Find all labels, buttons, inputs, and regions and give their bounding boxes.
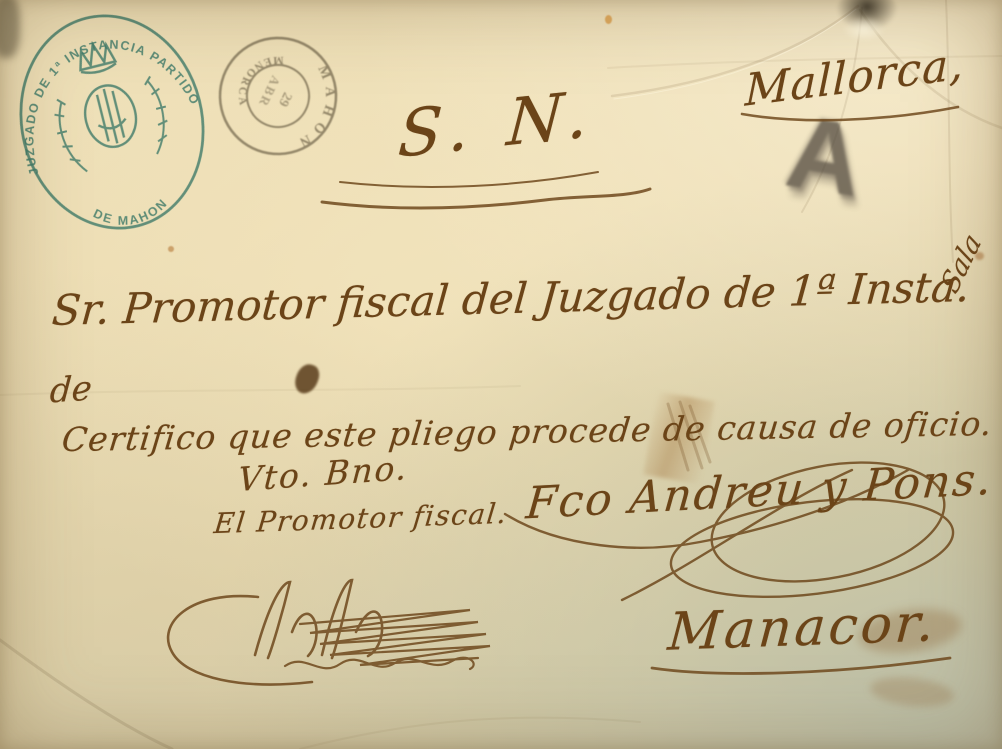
seal-legend-bottom: DE MAHON — [88, 189, 173, 237]
datestamp-day: 29 — [275, 90, 295, 109]
foxing-dot — [168, 246, 174, 252]
paper-tear — [836, 0, 898, 32]
signature-name: Fco Andreu y Pons. — [524, 454, 995, 530]
destination-annotation: Manacor. — [666, 593, 939, 663]
foxing-dot — [605, 15, 612, 24]
sn-franchise-mark: S. N. — [396, 77, 600, 173]
address-continuation: de — [49, 368, 94, 411]
datestamp-town: MAHON — [279, 59, 354, 160]
rubric-flourish — [168, 580, 490, 684]
certification-line: Certifico que este pliego procede de cau… — [60, 404, 994, 459]
svg-text:DE MAHON: DE MAHON — [88, 189, 173, 237]
address-line: Sr. Promotor fiscal del Juzgado de 1ª In… — [50, 262, 971, 335]
svg-text:MAHON: MAHON — [279, 59, 354, 160]
a-handstamp: A — [779, 93, 870, 220]
ink-smear-bottom-right — [869, 674, 955, 711]
ink-blot — [292, 361, 322, 396]
postal-cover-scan: JUZGADO DE 1ª INSTANCIA PARTIDO DE MAHON… — [0, 0, 1002, 749]
promotor-title: El Promotor fiscal. — [212, 497, 509, 540]
paper-tear-flap — [842, 16, 886, 42]
sn-underline-flourish — [322, 172, 650, 208]
coat-of-arms-shield — [79, 80, 143, 152]
laurel-branch-right — [138, 74, 176, 154]
laurel-branch-left — [49, 97, 87, 177]
